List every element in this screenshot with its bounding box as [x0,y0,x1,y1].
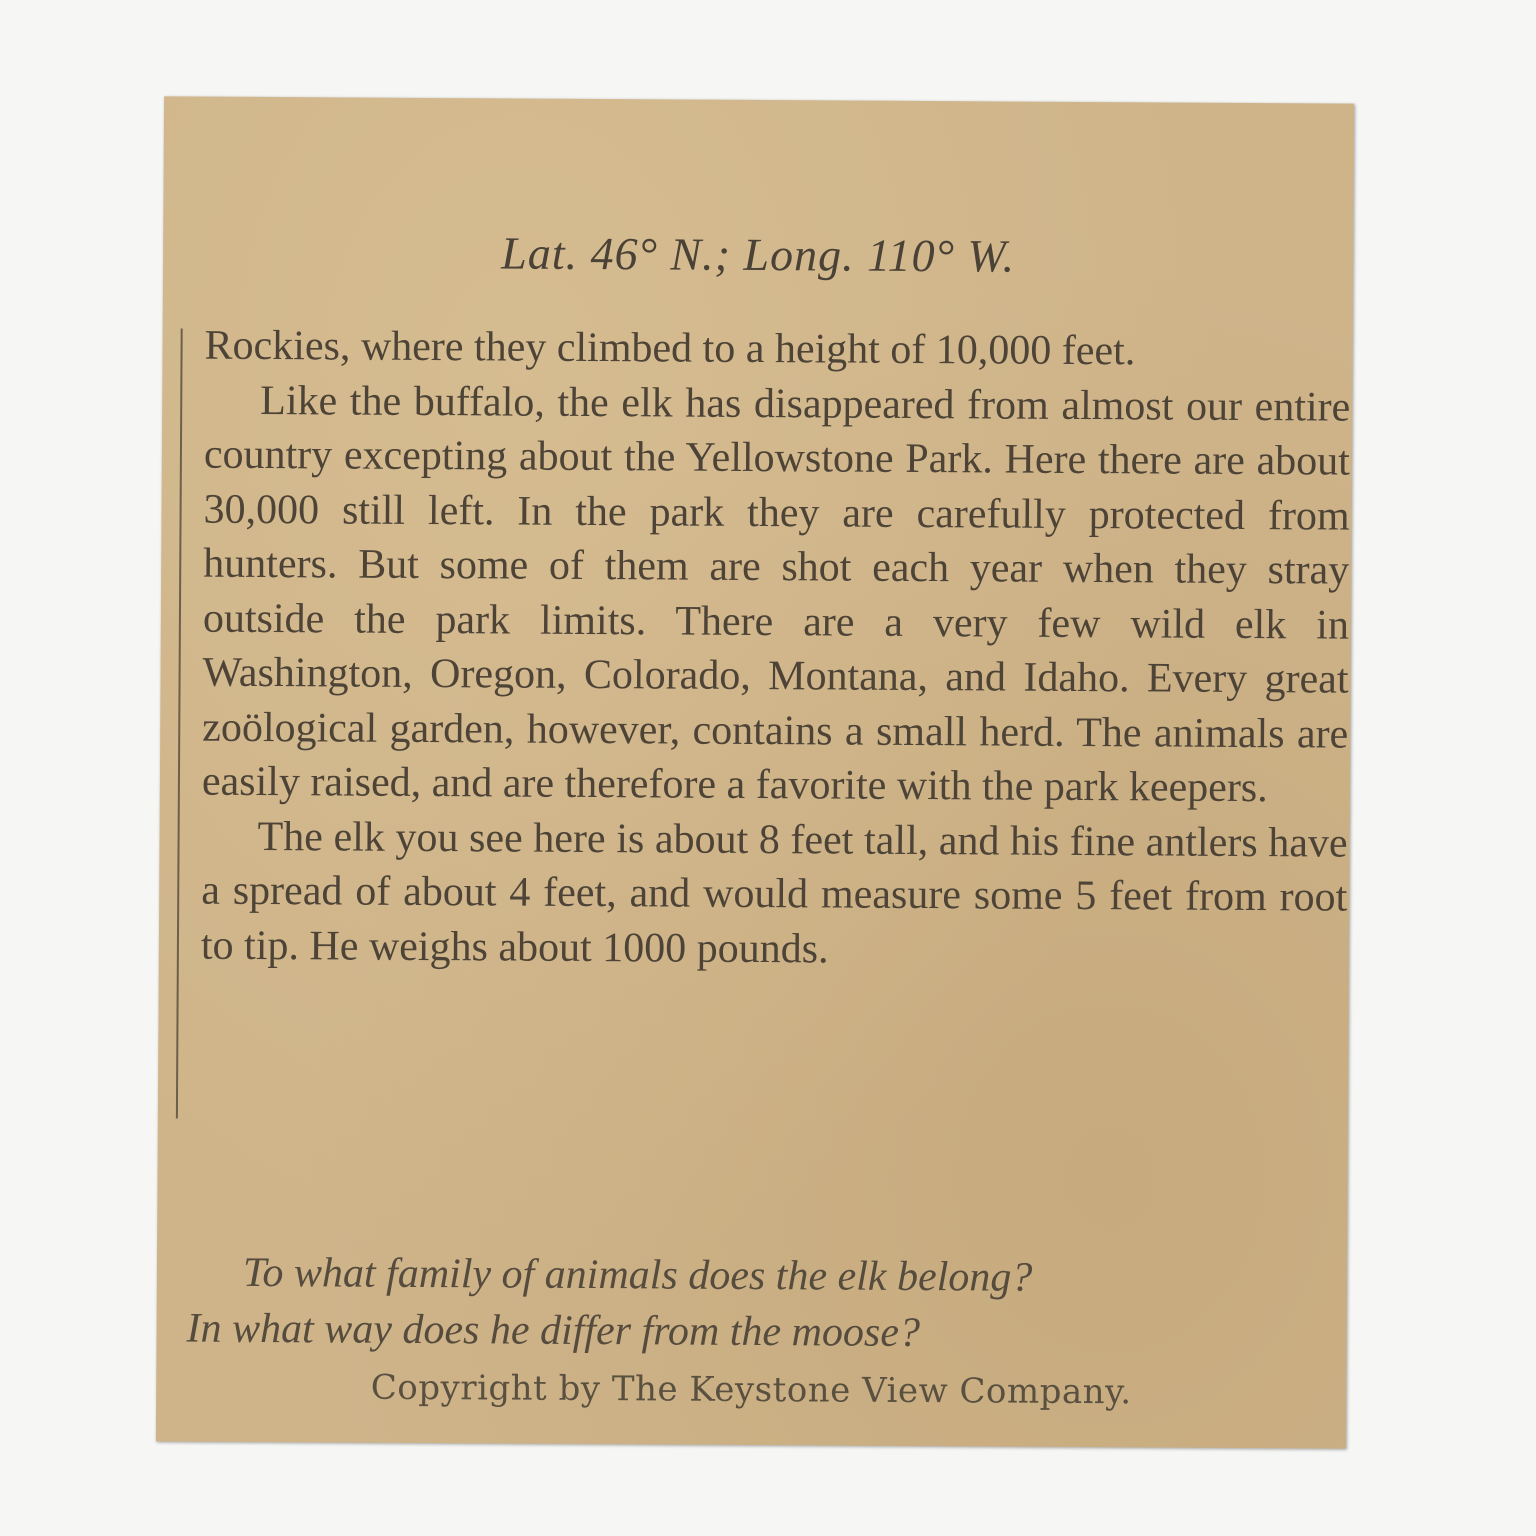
paragraph-continuation: Rockies, where they climbed to a height … [204,319,1350,380]
stereoview-card-back: Lat. 46° N.; Long. 110° W. Rockies, wher… [156,96,1354,1448]
paragraph-elk-range: Like the buffalo, the elk has disappeare… [202,373,1351,816]
margin-rule [176,328,183,1118]
card-body-text: Rockies, where they climbed to a height … [201,319,1351,980]
coordinates-heading: Lat. 46° N.; Long. 110° W. [163,224,1353,284]
question-family: To what family of animals does the elk b… [187,1245,1347,1308]
question-moose: In what way does he differ from the moos… [186,1301,1346,1364]
paragraph-elk-size: The elk you see here is about 8 feet tal… [201,809,1348,979]
study-questions: To what family of animals does the elk b… [186,1245,1347,1364]
copyright-line: Copyright by The Keystone View Company. [156,1366,1346,1413]
